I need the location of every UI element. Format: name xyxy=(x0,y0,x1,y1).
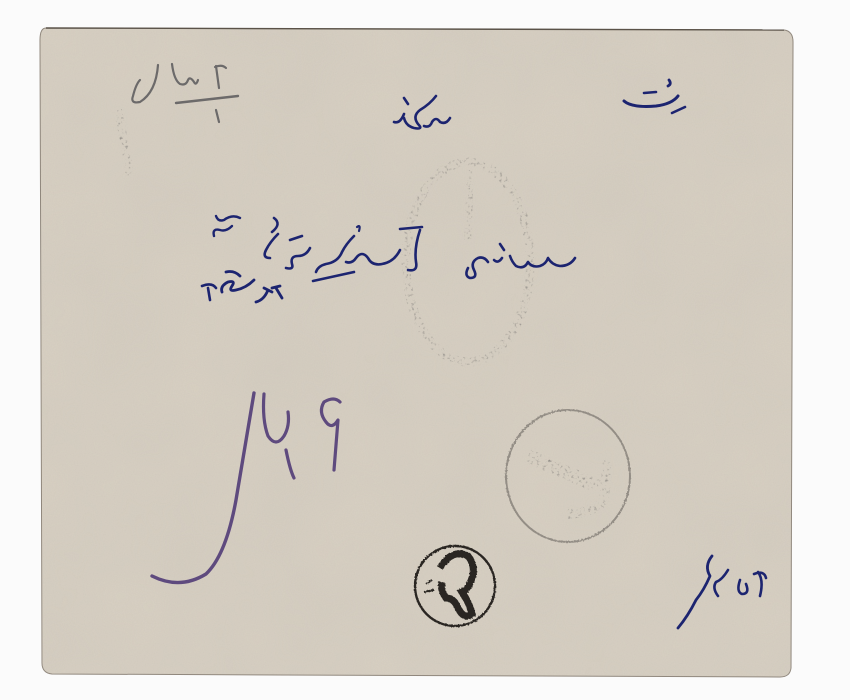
envelope-photo xyxy=(0,0,850,700)
